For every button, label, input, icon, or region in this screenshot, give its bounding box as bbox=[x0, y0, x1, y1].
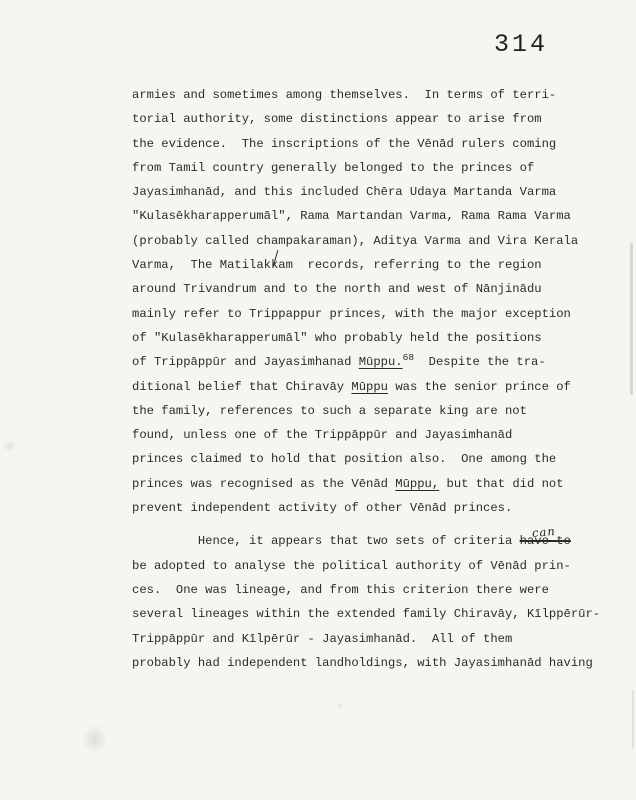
page-number: 314 bbox=[494, 30, 548, 59]
text-segment: prevent independent activity of other Vē… bbox=[132, 501, 512, 515]
text-line: found, unless one of the Trippāppūr and … bbox=[132, 423, 612, 447]
text-line: of "Kulasēkharapperumāl" who probably he… bbox=[132, 326, 612, 350]
text-line: prevent independent activity of other Vē… bbox=[132, 496, 612, 520]
text-block: armies and sometimes among themselves. I… bbox=[132, 83, 612, 675]
scan-edge-artifact bbox=[632, 690, 634, 748]
text-line: the evidence. The inscriptions of the Vē… bbox=[132, 132, 612, 156]
text-line: ditional belief that Chiravāy Mūppu was … bbox=[132, 375, 612, 399]
text-segment: the evidence. The inscriptions of the Vē… bbox=[132, 137, 556, 151]
handwritten-correction: can bbox=[531, 519, 557, 545]
text-segment: Hence, it appears that two sets of crite… bbox=[132, 534, 520, 548]
text-line: Jayasimhanād, and this included Chēra Ud… bbox=[132, 180, 612, 204]
scan-edge-artifact bbox=[630, 243, 633, 395]
text-line: ces. One was lineage, and from this crit… bbox=[132, 578, 612, 602]
text-segment: be adopted to analyse the political auth… bbox=[132, 559, 571, 573]
text-segment: Trippāppūr and Kīlpērūr - Jayasimhanād. … bbox=[132, 632, 512, 646]
text-line: princes was recognised as the Vēnād Mūpp… bbox=[132, 472, 612, 496]
text-segment: ces. One was lineage, and from this crit… bbox=[132, 583, 549, 597]
underlined-term: Mūppu, bbox=[395, 477, 439, 491]
text-line: Hence, it appears that two sets of crite… bbox=[132, 529, 612, 553]
text-line: (probably called champakaraman), Aditya … bbox=[132, 229, 612, 253]
scanned-document-page: 314 armies and sometimes among themselve… bbox=[0, 0, 636, 800]
underlined-term: Mūppu bbox=[351, 380, 388, 394]
text-segment: torial authority, some distinctions appe… bbox=[132, 112, 542, 126]
scan-smudge bbox=[82, 724, 108, 754]
text-segment: mainly refer to Trippappur princes, with… bbox=[132, 307, 571, 321]
text-segment: Jayasimhanād, and this included Chēra Ud… bbox=[132, 185, 556, 199]
text-segment: armies and sometimes among themselves. I… bbox=[132, 88, 556, 102]
text-line: the family, references to such a separat… bbox=[132, 399, 612, 423]
text-line: armies and sometimes among themselves. I… bbox=[132, 83, 612, 107]
text-line: "Kulasēkharapperumāl", Rama Martandan Va… bbox=[132, 204, 612, 228]
text-line: around Trivandrum and to the north and w… bbox=[132, 277, 612, 301]
text-segment: was the senior prince of bbox=[388, 380, 571, 394]
text-segment: but that did not bbox=[439, 477, 563, 491]
text-line: be adopted to analyse the political auth… bbox=[132, 554, 612, 578]
scan-smudge bbox=[2, 440, 18, 452]
text-line: torial authority, some distinctions appe… bbox=[132, 107, 612, 131]
text-line: several lineages within the extended fam… bbox=[132, 602, 612, 626]
text-line: of Trippāppūr and Jayasimhanad Mūppu.68 … bbox=[132, 350, 612, 374]
text-line: princes claimed to hold that position al… bbox=[132, 447, 612, 471]
text-segment: probably had independent landholdings, w… bbox=[132, 656, 593, 670]
text-segment: several lineages within the extended fam… bbox=[132, 607, 600, 621]
text-segment: ditional belief that Chiravāy bbox=[132, 380, 351, 394]
text-segment: (probably called champakaraman), Aditya … bbox=[132, 234, 578, 248]
footnote-ref: 68 bbox=[403, 352, 414, 363]
text-segment: am records, referring to the region bbox=[278, 258, 541, 272]
underlined-term: Mūppu. bbox=[359, 355, 403, 369]
text-line: Trippāppūr and Kīlpērūr - Jayasimhanād. … bbox=[132, 627, 612, 651]
text-segment: found, unless one of the Trippāppūr and … bbox=[132, 428, 512, 442]
text-segment: Varma, The Matilak bbox=[132, 258, 271, 272]
text-segment: "Kulasēkharapperumāl", Rama Martandan Va… bbox=[132, 209, 571, 223]
text-line: mainly refer to Trippappur princes, with… bbox=[132, 302, 612, 326]
text-segment: of Trippāppūr and Jayasimhanad bbox=[132, 355, 359, 369]
text-segment: Despite the tra- bbox=[414, 355, 546, 369]
struck-text: have tocan bbox=[520, 534, 571, 548]
corrected-letter: k bbox=[271, 253, 278, 277]
paragraph: Hence, it appears that two sets of crite… bbox=[132, 529, 612, 675]
text-segment: the family, references to such a separat… bbox=[132, 404, 527, 418]
text-segment: of "Kulasēkharapperumāl" who probably he… bbox=[132, 331, 542, 345]
text-segment: princes was recognised as the Vēnād bbox=[132, 477, 395, 491]
text-line: probably had independent landholdings, w… bbox=[132, 651, 612, 675]
text-segment: princes claimed to hold that position al… bbox=[132, 452, 556, 466]
text-line: from Tamil country generally belonged to… bbox=[132, 156, 612, 180]
text-line: Varma, The Matilakkam records, referring… bbox=[132, 253, 612, 277]
scan-smudge bbox=[336, 702, 344, 710]
text-segment: from Tamil country generally belonged to… bbox=[132, 161, 534, 175]
paragraph: armies and sometimes among themselves. I… bbox=[132, 83, 612, 520]
text-segment: around Trivandrum and to the north and w… bbox=[132, 282, 542, 296]
